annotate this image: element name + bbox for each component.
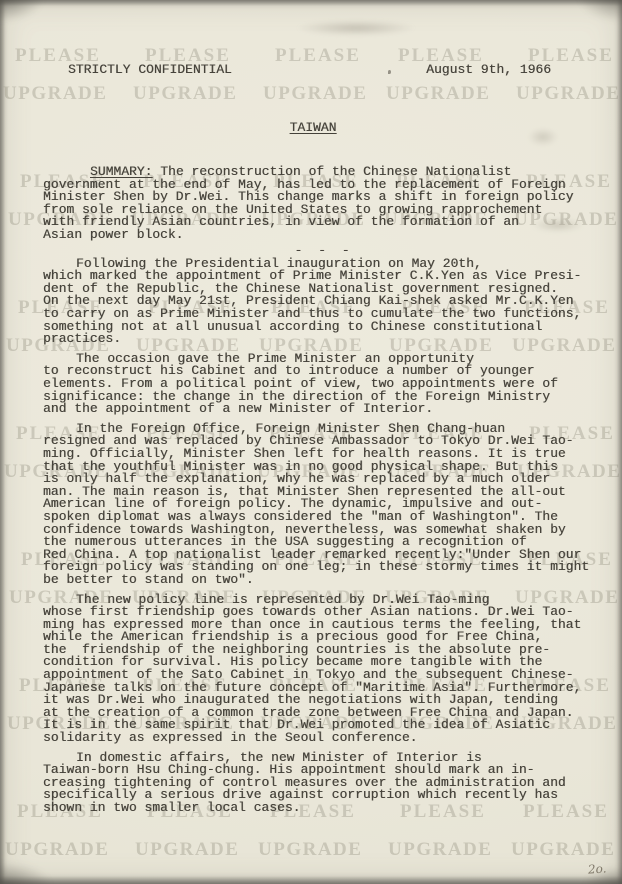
- document-date: August 9th, 1966: [426, 63, 551, 76]
- pencil-smudge: [296, 20, 416, 36]
- classification-stamp: STRICTLY CONFIDENTIAL: [68, 63, 232, 76]
- watermark-tile: PLEASEUPGRADE: [3, 46, 129, 110]
- watermark-tile: PLEASEUPGRADE: [133, 46, 259, 110]
- body-paragraph: The new policy line is represented by Dr…: [43, 594, 605, 745]
- watermark-word: UPGRADE: [5, 840, 131, 859]
- scan-corner-shadow: [578, 0, 622, 22]
- handwritten-page-number: 2o.: [587, 861, 606, 876]
- body-paragraph: In domestic affairs, the new Minister of…: [43, 752, 605, 815]
- stray-type-mark: [388, 70, 391, 74]
- scanned-document-page: PLEASEUPGRADEPLEASEUPGRADEPLEASEUPGRADEP…: [0, 0, 622, 884]
- body-paragraph: The occasion gave the Prime Minister an …: [43, 353, 605, 416]
- watermark-word: UPGRADE: [135, 840, 261, 859]
- watermark-word: UPGRADE: [3, 84, 129, 103]
- watermark-word: UPGRADE: [386, 84, 512, 103]
- scan-edge-top: [0, 0, 622, 6]
- scan-corner-shadow: [0, 0, 44, 22]
- page-title: TAIWAN: [0, 121, 622, 134]
- body-paragraph: In the Foreign Office, Foreign Minister …: [43, 423, 605, 587]
- watermark-tile: PLEASEUPGRADE: [263, 46, 389, 110]
- watermark-tile: PLEASEUPGRADE: [386, 46, 512, 110]
- summary-text: The reconstruction of the Chinese Nation…: [43, 164, 574, 242]
- watermark-word: UPGRADE: [511, 840, 622, 859]
- watermark-word: UPGRADE: [516, 84, 622, 103]
- watermark-word: UPGRADE: [258, 840, 384, 859]
- summary-paragraph: SUMMARY: The reconstruction of the Chine…: [43, 166, 605, 242]
- document-header: STRICTLY CONFIDENTIAL August 9th, 1966: [68, 63, 551, 76]
- document-body: SUMMARY: The reconstruction of the Chine…: [43, 166, 605, 822]
- watermark-word: UPGRADE: [388, 840, 514, 859]
- watermark-word: UPGRADE: [263, 84, 389, 103]
- body-paragraph: Following the Presidential inauguration …: [43, 258, 605, 346]
- watermark-tile: PLEASEUPGRADE: [516, 46, 622, 110]
- scan-edge-bottom: [0, 876, 622, 884]
- watermark-word: UPGRADE: [133, 84, 259, 103]
- scan-corner-shadow: [0, 862, 52, 884]
